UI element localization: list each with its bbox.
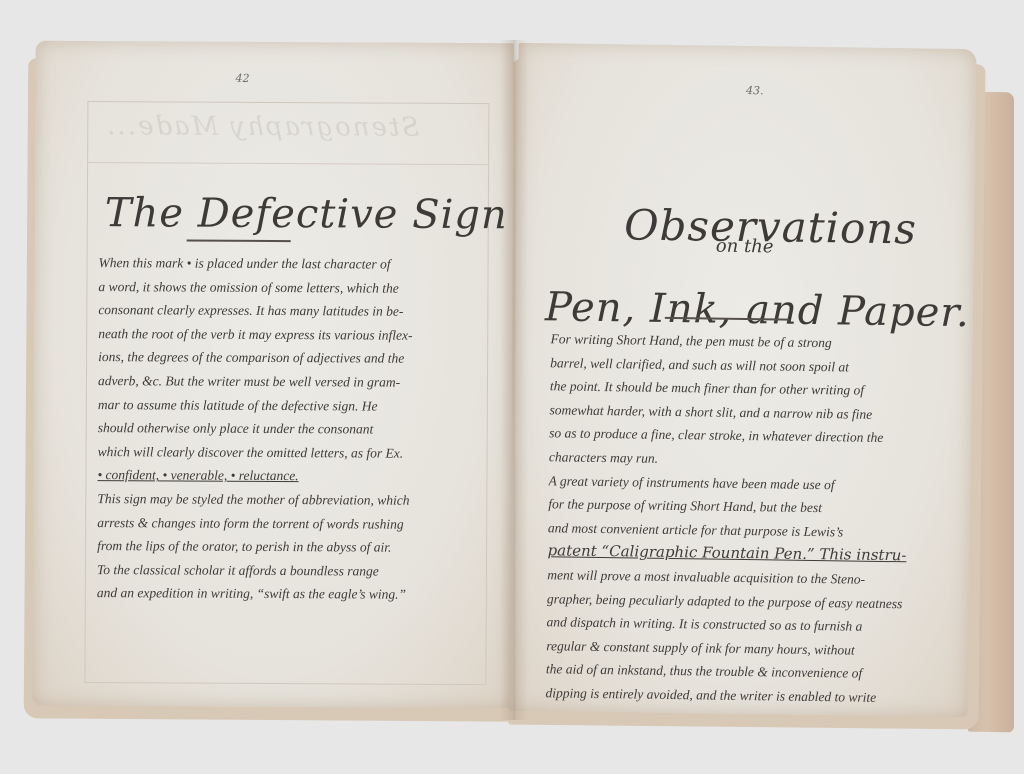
body-line: adverb, &c. But the writer must be well …	[98, 369, 488, 395]
left-page-number: 42	[236, 72, 250, 85]
body-line: When this mark • is placed under the las…	[99, 251, 489, 277]
body-line: mar to assume this latitude of the defec…	[98, 393, 488, 419]
body-line: should otherwise only place it under the…	[98, 416, 488, 442]
right-page-body: For writing Short Hand, the pen must be …	[545, 327, 950, 710]
body-line: To the classical scholar it affords a bo…	[97, 558, 487, 584]
example-words-line: • confident, • venerable, • reluctance.	[97, 463, 487, 489]
left-page-body: When this mark • is placed under the las…	[97, 251, 489, 607]
body-line: neath the root of the verb it may expres…	[98, 322, 488, 348]
body-line: which will clearly discover the omitted …	[98, 440, 488, 466]
body-line: a word, it shows the omission of some le…	[98, 275, 488, 301]
header-rule	[88, 162, 488, 165]
body-line: dipping is entirely avoided, and the wri…	[545, 681, 945, 710]
bleed-through-text: Stenography Made...	[105, 111, 419, 143]
open-manuscript-photo: 42 Stenography Made... The Defective Sig…	[0, 0, 1024, 774]
body-line: consonant clearly expresses. It has many…	[98, 298, 488, 324]
body-line: ions, the degrees of the comparison of a…	[98, 345, 488, 371]
left-page: 42 Stenography Made... The Defective Sig…	[32, 41, 513, 708]
body-line: from the lips of the orator, to perish i…	[97, 534, 487, 560]
right-page: 43. Observations on the Pen, Ink, and Pa…	[509, 43, 976, 717]
body-line: arrests & changes into form the torrent …	[97, 511, 487, 537]
right-page-number: 43.	[746, 84, 764, 97]
left-page-title: The Defective Sign	[105, 190, 508, 238]
body-line: This sign may be styled the mother of ab…	[97, 487, 487, 513]
body-line: and an expedition in writing, “swift as …	[97, 581, 487, 607]
right-title-on-the: on the	[716, 236, 774, 258]
